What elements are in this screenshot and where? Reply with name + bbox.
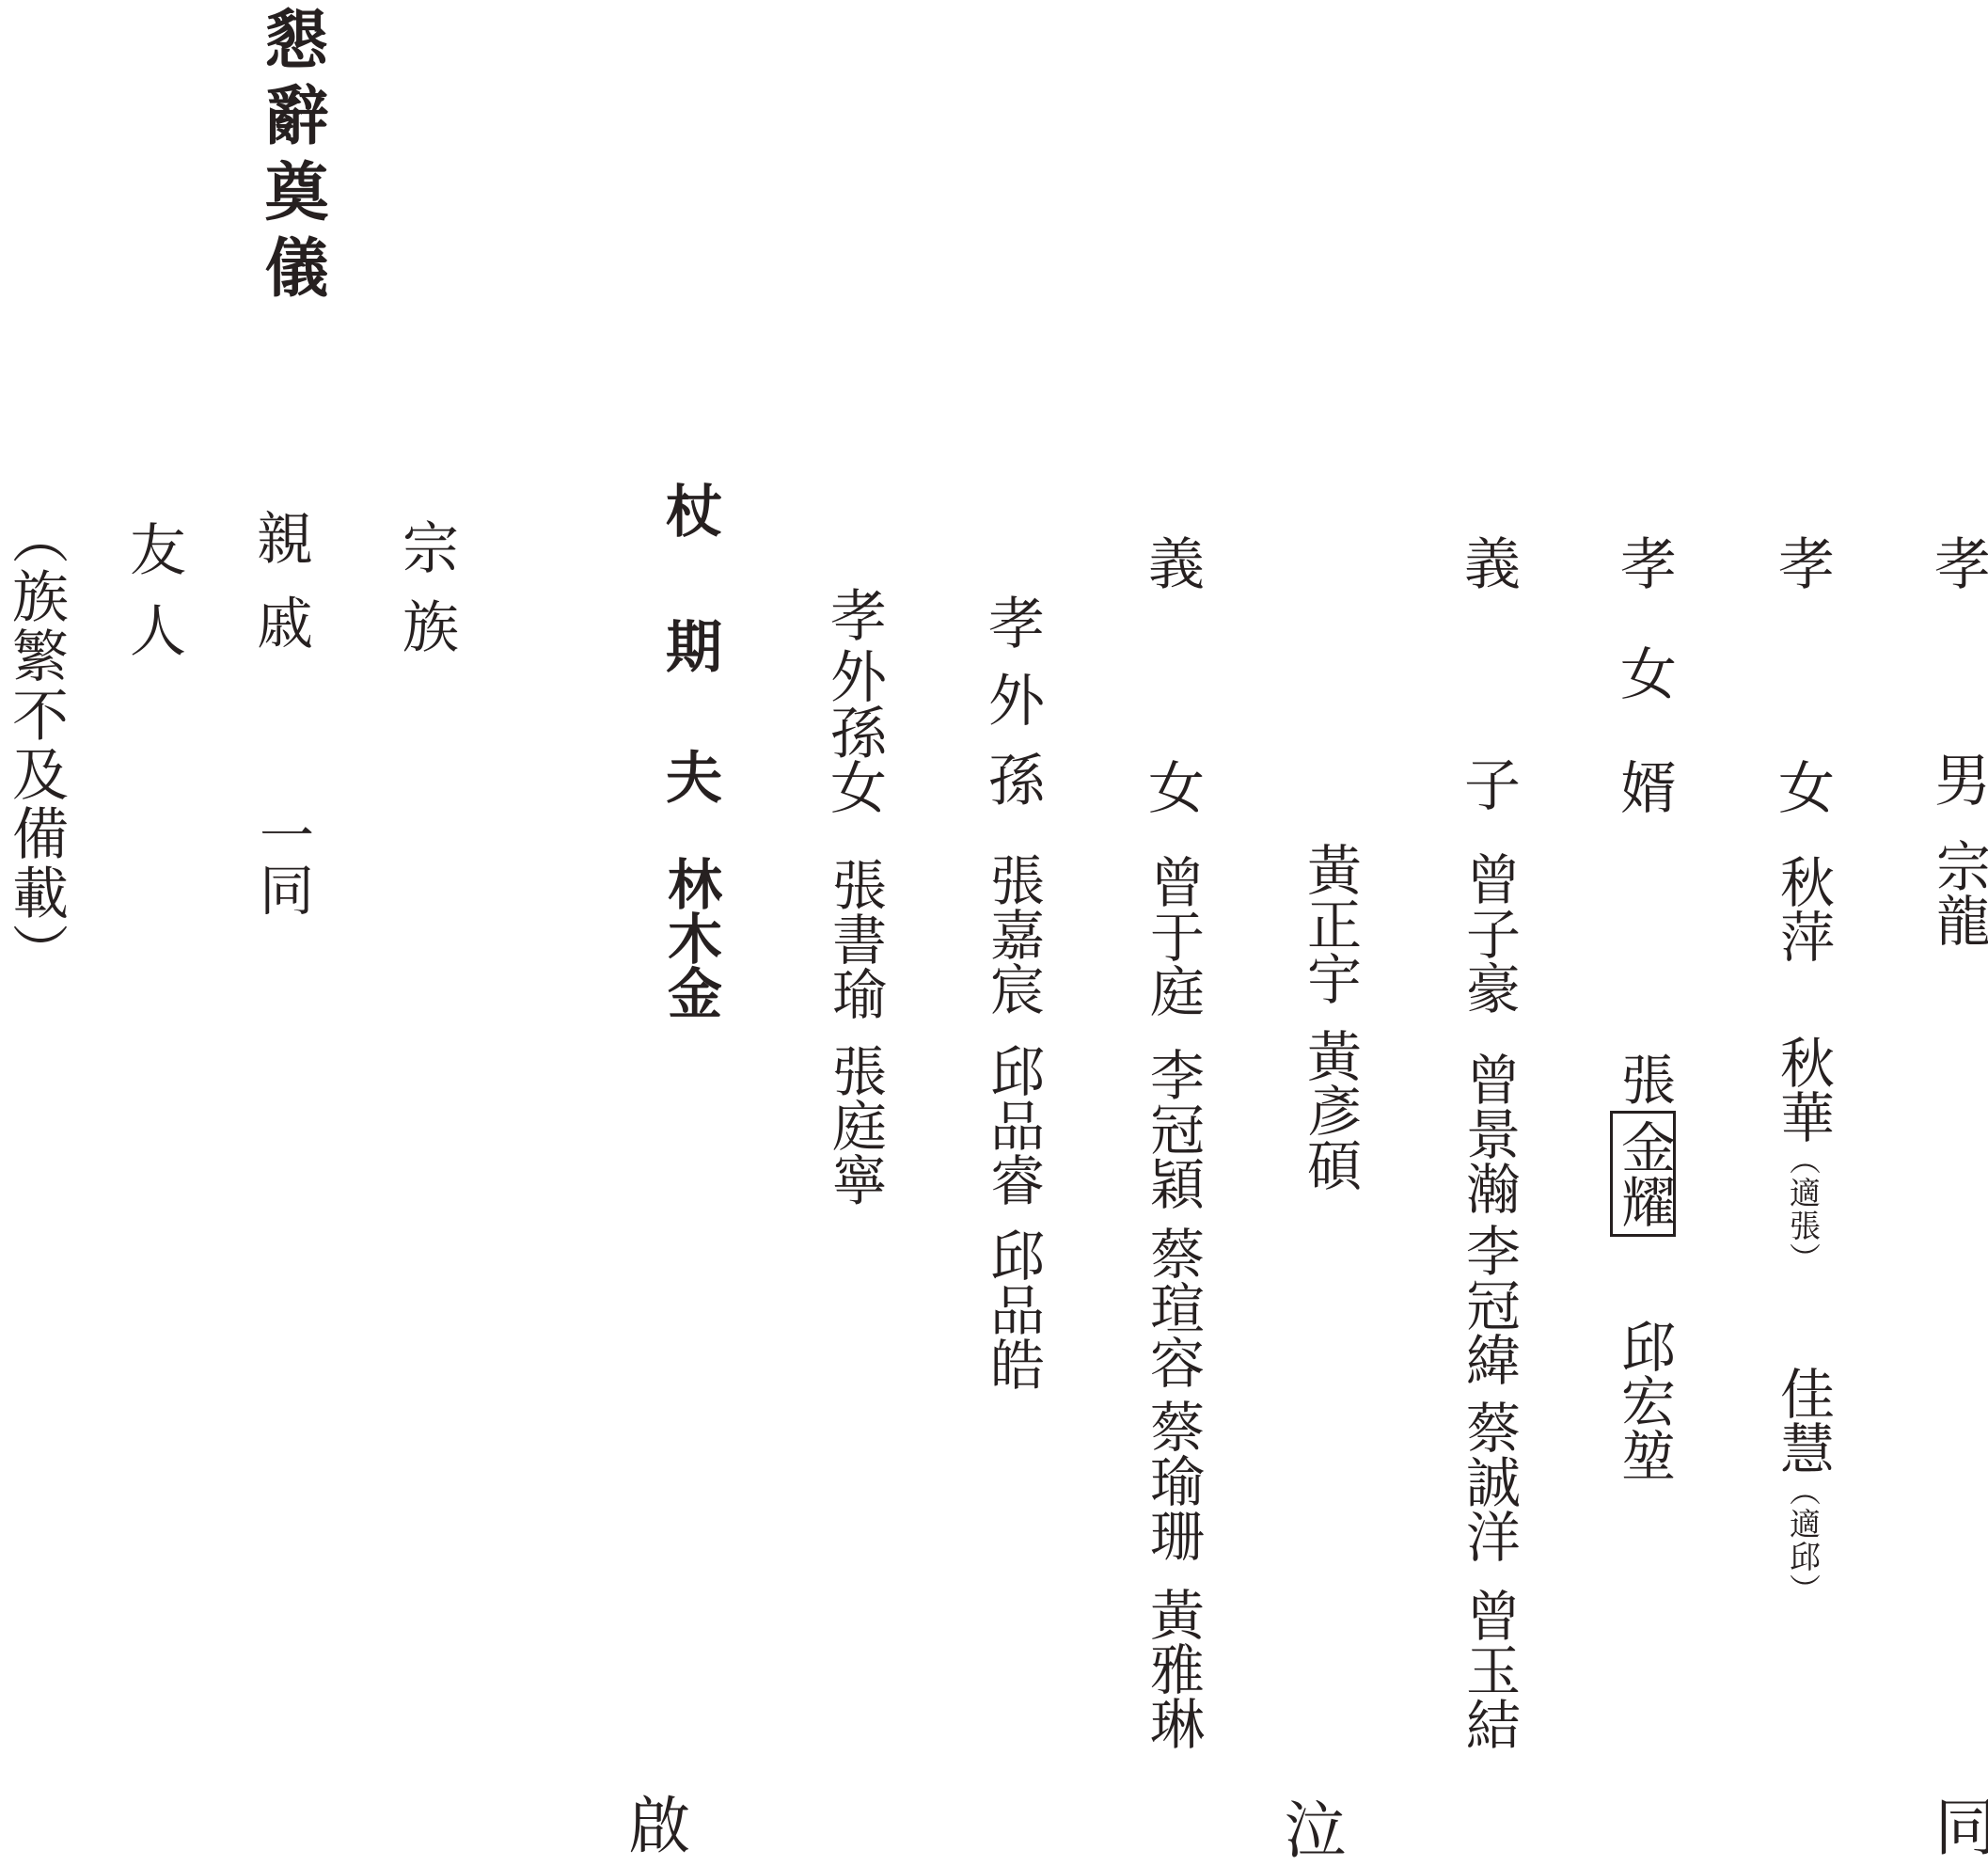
label-char: 夫: [661, 748, 718, 804]
family-name: 秋華（適張）: [1775, 1035, 1829, 1275]
boxed-name: 金耀: [1610, 1111, 1676, 1237]
label-char: 孝: [826, 586, 882, 642]
closing-char-tong: 同: [1928, 1795, 1988, 1857]
family-name: 張金耀: [1610, 1052, 1676, 1237]
label-char: 婿: [1616, 758, 1672, 814]
label-char: 孝: [1930, 534, 1986, 591]
family-name: 李冠穎: [1144, 1047, 1199, 1210]
label-char: 子: [1459, 755, 1516, 812]
label-char: 親: [252, 509, 308, 565]
label-char: 人: [125, 601, 181, 657]
label-char: 戚: [252, 593, 308, 650]
family-name: 佳慧（適邱）: [1775, 1366, 1829, 1606]
family-name: 邱品睿: [985, 1043, 1039, 1207]
label-char: 外: [984, 671, 1040, 727]
family-name: 曾于庭: [1144, 854, 1199, 1018]
person-name: 張: [1613, 1052, 1674, 1106]
family-name: 蔡瑄容: [1144, 1226, 1199, 1389]
label-char: 義: [1459, 534, 1516, 591]
label-char: 女: [1774, 758, 1830, 814]
label-char: 女: [1144, 758, 1200, 814]
label-char: 杖: [661, 482, 718, 538]
family-name: 黃彥碩: [1302, 1028, 1356, 1192]
closing-char-chi: 啟: [622, 1793, 684, 1855]
family-name: 曾景瀚: [1460, 1052, 1515, 1215]
family-name: 宗龍: [1931, 838, 1985, 947]
family-name: 曾玉結: [1460, 1588, 1515, 1751]
label-char: 宗: [398, 518, 454, 575]
together-text: 一同: [254, 807, 308, 916]
family-name: 邱宏堃: [1616, 1319, 1670, 1482]
label-char: 外: [826, 647, 882, 704]
label-char: 女: [1616, 644, 1672, 701]
person-name: 佳慧: [1772, 1366, 1833, 1475]
person-name: 秋華: [1772, 1035, 1833, 1144]
label-char: 義: [1144, 534, 1200, 591]
label-char: 族: [398, 597, 454, 654]
clan-note: （族繁不及備載）: [8, 508, 64, 982]
label-char: 孝: [1616, 534, 1672, 591]
family-name: 張庭寧: [827, 1043, 881, 1207]
family-name: 林木金: [662, 856, 717, 1020]
label-char: 孫: [826, 704, 882, 760]
family-name: 蔡誠洋: [1460, 1399, 1515, 1563]
label-char: 男: [1930, 751, 1986, 807]
family-name: 曾子豪: [1460, 851, 1515, 1015]
family-name: 李冠緯: [1460, 1223, 1515, 1386]
family-name: 張書瑜: [827, 857, 881, 1020]
label-char: 女: [826, 758, 882, 814]
label-char: 孝: [984, 593, 1040, 650]
label-char: 孫: [984, 751, 1040, 807]
married-into-note: （適張）: [1785, 1144, 1819, 1275]
page-title: 懇辭奠儀: [260, 6, 323, 310]
family-name: 邱品皓: [985, 1227, 1039, 1391]
family-name: 黃正宇: [1302, 842, 1356, 1005]
family-name: 張嘉宸: [985, 852, 1039, 1016]
label-char: 孝: [1774, 534, 1830, 591]
label-char: 期: [661, 617, 718, 673]
funeral-notice-page: 懇辭奠儀 孝 男 宗龍 孝 女 秋萍 秋華（適張） 佳慧（適邱） 孝 女 婿 張…: [0, 0, 1988, 1866]
family-name: 蔡瑜珊: [1144, 1399, 1199, 1562]
family-name: 秋萍: [1775, 854, 1829, 963]
family-name: 黃雅琳: [1144, 1587, 1199, 1750]
closing-char-qi: 泣: [1277, 1797, 1339, 1859]
married-into-note: （適邱）: [1785, 1475, 1819, 1606]
label-char: 友: [125, 520, 181, 577]
